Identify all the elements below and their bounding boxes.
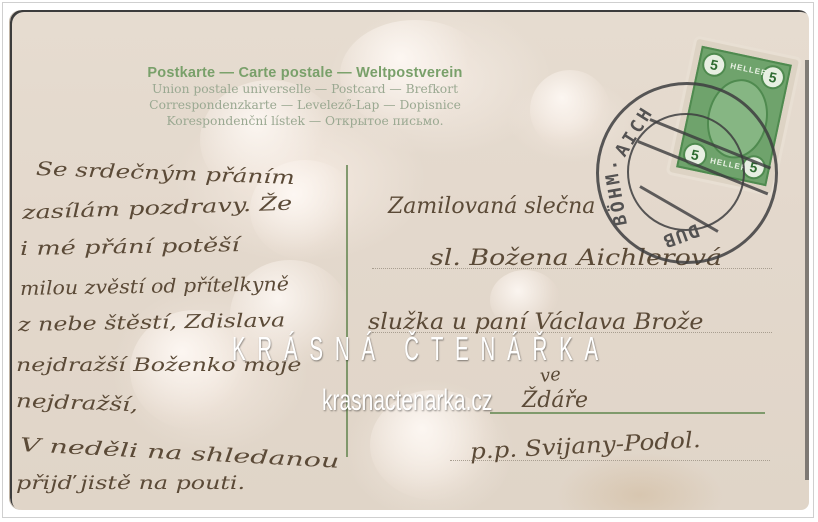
address-line-1: Zamilovaná slečna	[388, 194, 595, 219]
message-line: přijď jistě na pouti.	[16, 472, 245, 494]
watermark-url: krasnactenarka.cz	[322, 384, 492, 418]
address-line-5: Ždáře	[522, 388, 588, 413]
stamp-value-top-left: 5	[700, 51, 728, 79]
message-line: milou zvěstí od přítelkyně	[20, 273, 289, 300]
header-line-3: Correspondenzkarte — Levelező-Lap — Dopi…	[90, 97, 520, 113]
stamp-currency-top: HELLER	[729, 61, 768, 78]
embossed-flower	[530, 70, 610, 150]
message-line: V neděli na shledanou	[19, 434, 339, 473]
header-line-1: Postkarte — Carte postale — Weltpostvere…	[90, 65, 520, 81]
watermark-title: KRÁSNÁ ČTENÁŘKA	[232, 330, 610, 368]
postmark: AICH BÖHM. DUB	[596, 82, 778, 264]
message-line: i mé přání potěší	[20, 234, 240, 260]
header-line-4: Korespondenční lístek — Открытое письмо.	[90, 113, 520, 129]
header-line-2: Union postale universelle — Postcard — B…	[90, 81, 520, 97]
message-line: nejdražší,	[16, 390, 139, 416]
postcard: Postkarte — Carte postale — Weltpostvere…	[10, 10, 809, 510]
postcard-header: Postkarte — Carte postale — Weltpostvere…	[90, 65, 520, 129]
